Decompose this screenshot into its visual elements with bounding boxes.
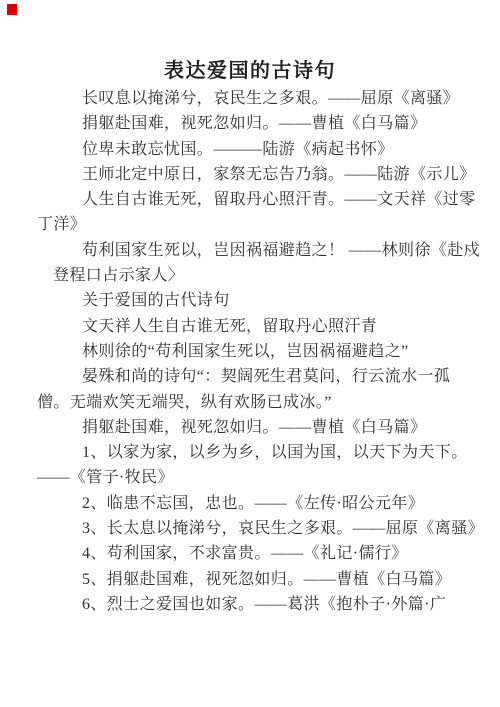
text-line: ——《管子·牧民》 — [37, 465, 463, 490]
text-line: 丁洋》 — [37, 212, 463, 237]
text-line: 长叹息以掩涕兮，哀民生之多艰。——屈原《离骚》 — [37, 86, 463, 111]
text-line: 僧。无端欢笑无端哭，纵有欢肠已成冰。” — [37, 390, 463, 415]
text-line: 捐躯赴国难，视死忽如归。——曹植《白马篇》 — [37, 111, 463, 136]
text-line: 人生自古谁无死，留取丹心照汗青。——文天祥《过零 — [37, 187, 463, 212]
document-page: 表达爱国的古诗句 长叹息以掩涕兮，哀民生之多艰。——屈原《离骚》捐躯赴国难，视死… — [0, 0, 500, 707]
document-body: 长叹息以掩涕兮，哀民生之多艰。——屈原《离骚》捐躯赴国难，视死忽如归。——曹植《… — [37, 86, 463, 617]
text-line: 6、烈士之爱国也如家。——葛洪《抱朴子·外篇·广 — [37, 592, 463, 617]
text-line: 林则徐的“苟利国家生死以，岂因祸福避趋之” — [37, 339, 463, 364]
text-line: 登程口占示家人〉 — [37, 263, 463, 288]
page-title: 表达爱国的古诗句 — [0, 57, 500, 85]
text-line: 5、捐躯赴国难，视死忽如归。——曹植《白马篇》 — [37, 567, 463, 592]
text-line: 关于爱国的古代诗句 — [37, 288, 463, 313]
text-line: 文天祥人生自古谁无死，留取丹心照汗青 — [37, 314, 463, 339]
text-line: 位卑未敢忘忧国。———陆游《病起书怀》 — [37, 137, 463, 162]
text-line: 王师北定中原日，家祭无忘告乃翁。——陆游《示儿》 — [37, 162, 463, 187]
red-corner-marker — [7, 4, 17, 15]
text-line: 晏殊和尚的诗句“：契阔死生君莫问，行云流水一孤 — [37, 364, 463, 389]
text-line: 苟利国家生死以，岂因祸福避趋之！ ——林则徐《赴戍 — [37, 238, 463, 263]
text-line: 2、临患不忘国，忠也。——《左传·昭公元年》 — [37, 491, 463, 516]
text-line: 1、以家为家，以乡为乡，以国为国，以天下为天下。 — [37, 440, 463, 465]
text-line: 捐躯赴国难，视死忽如归。——曹植《白马篇》 — [37, 415, 463, 440]
text-line: 4、苟利国家，不求富贵。——《礼记·儒行》 — [37, 541, 463, 566]
text-line: 3、长太息以掩涕兮，哀民生之多艰。——屈原《离骚》 — [37, 516, 463, 541]
